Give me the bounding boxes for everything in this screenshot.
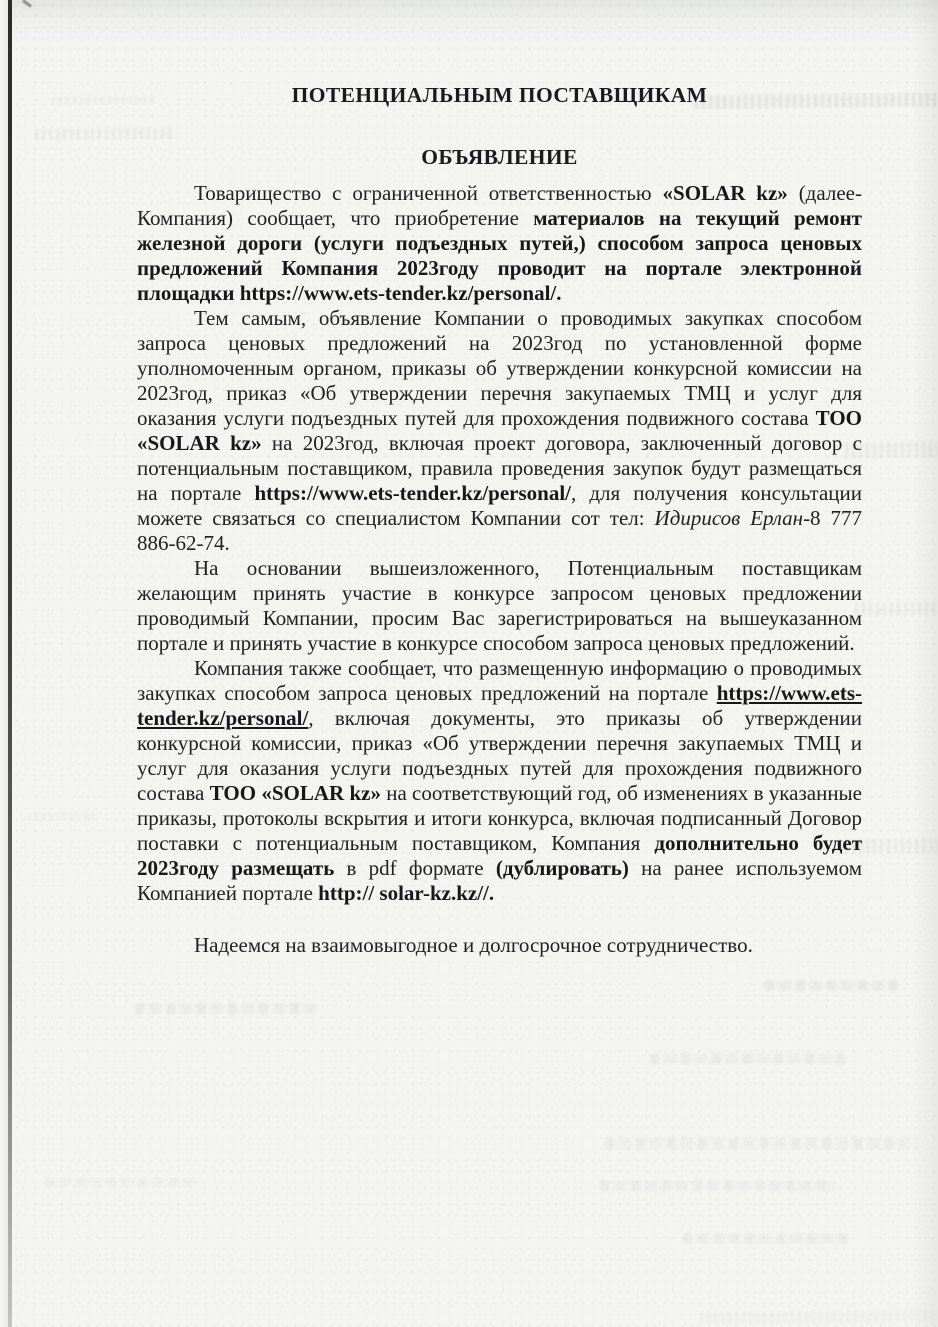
scan-edge-vignette	[912, 0, 938, 1327]
paragraph-duplication: Компания также сообщает, что размещенную…	[137, 656, 862, 906]
document-body: ПОТЕНЦИАЛЬНЫМ ПОСТАВЩИКАМ ОБЪЯВЛЕНИЕ Тов…	[137, 82, 862, 958]
text-run: (дублировать)	[496, 856, 629, 880]
paragraphs: Товарищество с ограниченной ответственно…	[137, 181, 862, 958]
text-run: На основании вышеизложенного, Потенциаль…	[137, 556, 862, 655]
text-run: Тем самым, объявление Компании о проводи…	[137, 306, 862, 430]
company-name: «SOLAR kz»	[663, 181, 788, 205]
text-run: в pdf формате	[334, 856, 496, 880]
scanned-document: { "page": { "kind": "scanned paper annou…	[0, 0, 938, 1327]
announcement-heading: ОБЪЯВЛЕНИЕ	[137, 144, 862, 170]
paragraph-invitation: На основании вышеизложенного, Потенциаль…	[137, 556, 862, 656]
company-name: ТОО «SOLAR kz»	[210, 781, 381, 805]
portal-url: https://www.ets-tender.kz/personal/.	[240, 281, 562, 305]
page-edge-shadow	[8, 0, 12, 1327]
scanner-background	[0, 0, 8, 1327]
text-run: Надеемся на взаимовыгодное и долгосрочно…	[194, 933, 753, 957]
paragraph-closing: Надеемся на взаимовыгодное и долгосрочно…	[137, 933, 862, 958]
portal-url: https://www.ets-tender.kz/personal/	[254, 481, 571, 505]
contact-person: Идирисов Ерлан	[655, 506, 804, 530]
text-run: Товарищество с ограниченной ответственно…	[194, 181, 663, 205]
paragraph-intro: Товарищество с ограниченной ответственно…	[137, 181, 862, 306]
paragraph-details: Тем самым, объявление Компании о проводи…	[137, 306, 862, 556]
document-title: ПОТЕНЦИАЛЬНЫМ ПОСТАВЩИКАМ	[137, 82, 862, 108]
company-site-url: http:// solar-kz.kz//.	[318, 881, 494, 905]
